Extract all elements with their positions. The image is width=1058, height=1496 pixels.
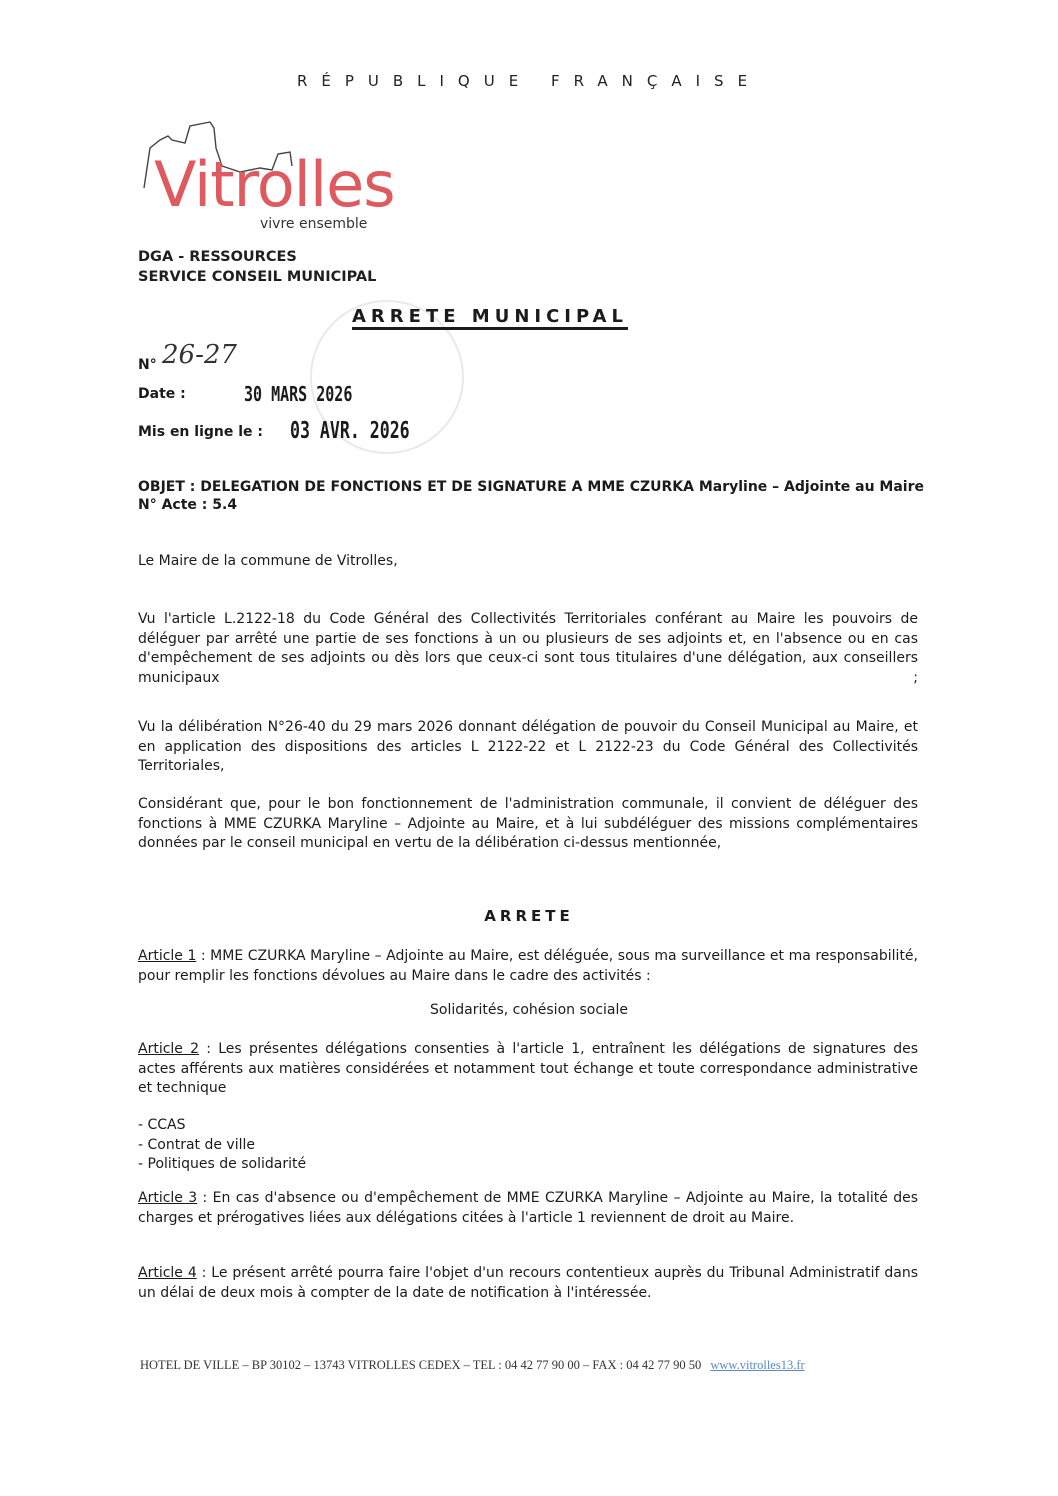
number-label: N° [138,357,157,373]
online-date-label: Mis en ligne le : [138,424,263,440]
preamble-vu-2: Vu la délibération N°26-40 du 29 mars 20… [138,718,918,777]
footer-address: HOTEL DE VILLE – BP 30102 – 13743 VITROL… [140,1358,701,1372]
article-text: : En cas d'absence ou d'empêchement de M… [138,1190,918,1226]
article-label: Article 3 [138,1190,197,1206]
article-text: : Le présent arrêté pourra faire l'objet… [138,1265,918,1301]
logo-tagline: vivre ensemble [260,216,367,232]
arrete-heading: ARRETE [0,907,1058,925]
date-label: Date : [138,386,186,402]
objet-block: OBJET : DELEGATION DE FONCTIONS ET DE SI… [138,478,928,514]
acte-number: N° Acte : 5.4 [138,496,928,514]
number-value: 26-27 [162,340,237,370]
logo-wordmark: Vitrolles [154,154,395,216]
preamble-vu-1: Vu l'article L.2122-18 du Code Général d… [138,610,918,688]
online-date-value: 03 AVR. 2026 [290,418,410,444]
preamble-intro: Le Maire de la commune de Vitrolles, [138,552,918,572]
list-item: - CCAS [138,1116,306,1136]
republique-francaise-header: RÉPUBLIQUE FRANÇAISE [0,72,1058,90]
date-value: 30 MARS 2026 [244,382,352,406]
list-item: - Politiques de solidarité [138,1155,306,1175]
footer: HOTEL DE VILLE – BP 30102 – 13743 VITROL… [140,1358,805,1373]
article-label: Article 2 [138,1041,199,1057]
list-item: - Contrat de ville [138,1136,306,1156]
article-text: : Les présentes délégations consenties à… [138,1041,918,1096]
website-link[interactable]: www.vitrolles13.fr [710,1358,804,1372]
department-name: DGA - RESSOURCES [138,247,376,267]
objet-text: OBJET : DELEGATION DE FONCTIONS ET DE SI… [138,478,928,496]
department-block: DGA - RESSOURCES SERVICE CONSEIL MUNICIP… [138,247,376,287]
service-name: SERVICE CONSEIL MUNICIPAL [138,267,376,287]
article-3: Article 3 : En cas d'absence ou d'empêch… [138,1189,918,1228]
article-1: Article 1 : MME CZURKA Maryline – Adjoin… [138,947,918,986]
vitrolles-logo: Vitrolles vivre ensemble [140,118,440,238]
document-title: ARRETE MUNICIPAL [352,306,628,327]
article-4: Article 4 : Le présent arrêté pourra fai… [138,1264,918,1303]
activities-line: Solidarités, cohésion sociale [0,1002,1058,1018]
article-label: Article 1 [138,948,196,964]
article-2: Article 2 : Les présentes délégations co… [138,1040,918,1099]
delegation-list: - CCAS - Contrat de ville - Politiques d… [138,1116,306,1175]
article-label: Article 4 [138,1265,197,1281]
preamble-considerant: Considérant que, pour le bon fonctionnem… [138,795,918,854]
article-text: : MME CZURKA Maryline – Adjointe au Mair… [138,948,918,984]
